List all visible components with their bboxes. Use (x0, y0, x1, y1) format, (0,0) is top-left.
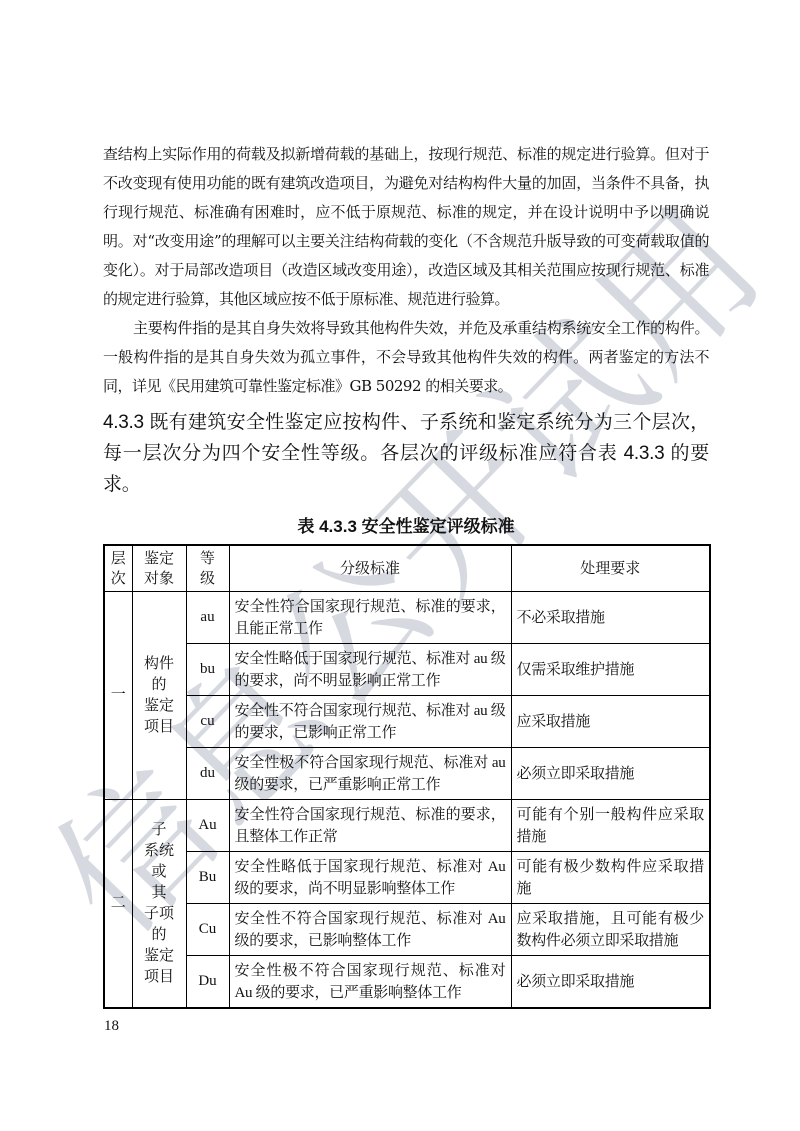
grade-cell: du (186, 748, 229, 800)
object-cell-group1: 构件 的 鉴定 项目 (132, 592, 186, 800)
treatment-cell: 仅需采取维护措施 (511, 644, 710, 696)
header-treatment: 处理要求 (511, 545, 710, 592)
criteria-cell: 安全性符合国家现行规范、标准的要求，且能正常工作 (229, 592, 511, 644)
paragraph-components-definition: 主要构件指的是其自身失效将导致其他构件失效，并危及承重结构系统安全工作的构件。一… (103, 314, 709, 401)
table-row: cu 安全性不符合国家现行规范、标准对 au 级的要求，已影响正常工作 应采取措… (104, 696, 710, 748)
object-cell-group2: 子 系统 或 其 子项 的 鉴定 项目 (132, 800, 186, 1009)
criteria-cell: 安全性极不符合国家现行规范、标准对 au 级的要求，已严重影响正常工作 (229, 748, 511, 800)
level-cell-group2: 二 (104, 800, 132, 1009)
criteria-cell: 安全性符合国家现行规范、标准的要求，且整体工作正常 (229, 800, 511, 852)
treatment-cell: 应采取措施，且可能有极少数构件必须立即采取措施 (511, 904, 710, 956)
treatment-cell: 必须立即采取措施 (511, 748, 710, 800)
table-row: Cu 安全性不符合国家现行规范、标准对 Au 级的要求，已影响整体工作 应采取措… (104, 904, 710, 956)
treatment-cell: 必须立即采取措施 (511, 956, 710, 1009)
page-number: 18 (104, 1018, 119, 1035)
grade-cell: Au (186, 800, 229, 852)
criteria-cell: 安全性略低于国家现行规范、标准对 Au 级的要求，尚不明显影响整体工作 (229, 852, 511, 904)
treatment-cell: 可能有个别一般构件应采取措施 (511, 800, 710, 852)
grading-standard-table: 层 次 鉴定 对象 等 级 分级标准 处理要求 一 构件 的 鉴定 项目 au … (103, 544, 711, 1009)
paragraph-continuation: 查结构上实际作用的荷载及拟新增荷载的基础上，按现行规范、标准的规定进行验算。但对… (103, 140, 709, 314)
clause-4-3-3: 4.3.3 既有建筑安全性鉴定应按构件、子系统和鉴定系统分为三个层次，每一层次分… (103, 407, 709, 500)
table-row: 二 子 系统 或 其 子项 的 鉴定 项目 Au 安全性符合国家现行规范、标准的… (104, 800, 710, 852)
header-object: 鉴定 对象 (132, 545, 186, 592)
grade-cell: bu (186, 644, 229, 696)
criteria-cell: 安全性极不符合国家现行规范、标准对 Au 级的要求，已严重影响整体工作 (229, 956, 511, 1009)
table-row: Du 安全性极不符合国家现行规范、标准对 Au 级的要求，已严重影响整体工作 必… (104, 956, 710, 1009)
table-row: bu 安全性略低于国家现行规范、标准对 au 级的要求，尚不明显影响正常工作 仅… (104, 644, 710, 696)
page-content: 查结构上实际作用的荷载及拟新增荷载的基础上，按现行规范、标准的规定进行验算。但对… (103, 140, 709, 1009)
grade-cell: au (186, 592, 229, 644)
table-title: 表 4.3.3 安全性鉴定评级标准 (103, 512, 709, 537)
header-grade: 等 级 (186, 545, 229, 592)
table-header-row: 层 次 鉴定 对象 等 级 分级标准 处理要求 (104, 545, 710, 592)
criteria-cell: 安全性略低于国家现行规范、标准对 au 级的要求，尚不明显影响正常工作 (229, 644, 511, 696)
grade-cell: cu (186, 696, 229, 748)
document-page: 信息公开试用 查结构上实际作用的荷载及拟新增荷载的基础上，按现行规范、标准的规定… (0, 0, 800, 1131)
header-criteria: 分级标准 (229, 545, 511, 592)
treatment-cell: 可能有极少数构件应采取措施 (511, 852, 710, 904)
grade-cell: Cu (186, 904, 229, 956)
grade-cell: Bu (186, 852, 229, 904)
treatment-cell: 应采取措施 (511, 696, 710, 748)
table-row: du 安全性极不符合国家现行规范、标准对 au 级的要求，已严重影响正常工作 必… (104, 748, 710, 800)
header-level: 层 次 (104, 545, 132, 592)
criteria-cell: 安全性不符合国家现行规范、标准对 au 级的要求，已影响正常工作 (229, 696, 511, 748)
table-row: 一 构件 的 鉴定 项目 au 安全性符合国家现行规范、标准的要求，且能正常工作… (104, 592, 710, 644)
treatment-cell: 不必采取措施 (511, 592, 710, 644)
grade-cell: Du (186, 956, 229, 1009)
criteria-cell: 安全性不符合国家现行规范、标准对 Au 级的要求，已影响整体工作 (229, 904, 511, 956)
table-row: Bu 安全性略低于国家现行规范、标准对 Au 级的要求，尚不明显影响整体工作 可… (104, 852, 710, 904)
level-cell-group1: 一 (104, 592, 132, 800)
